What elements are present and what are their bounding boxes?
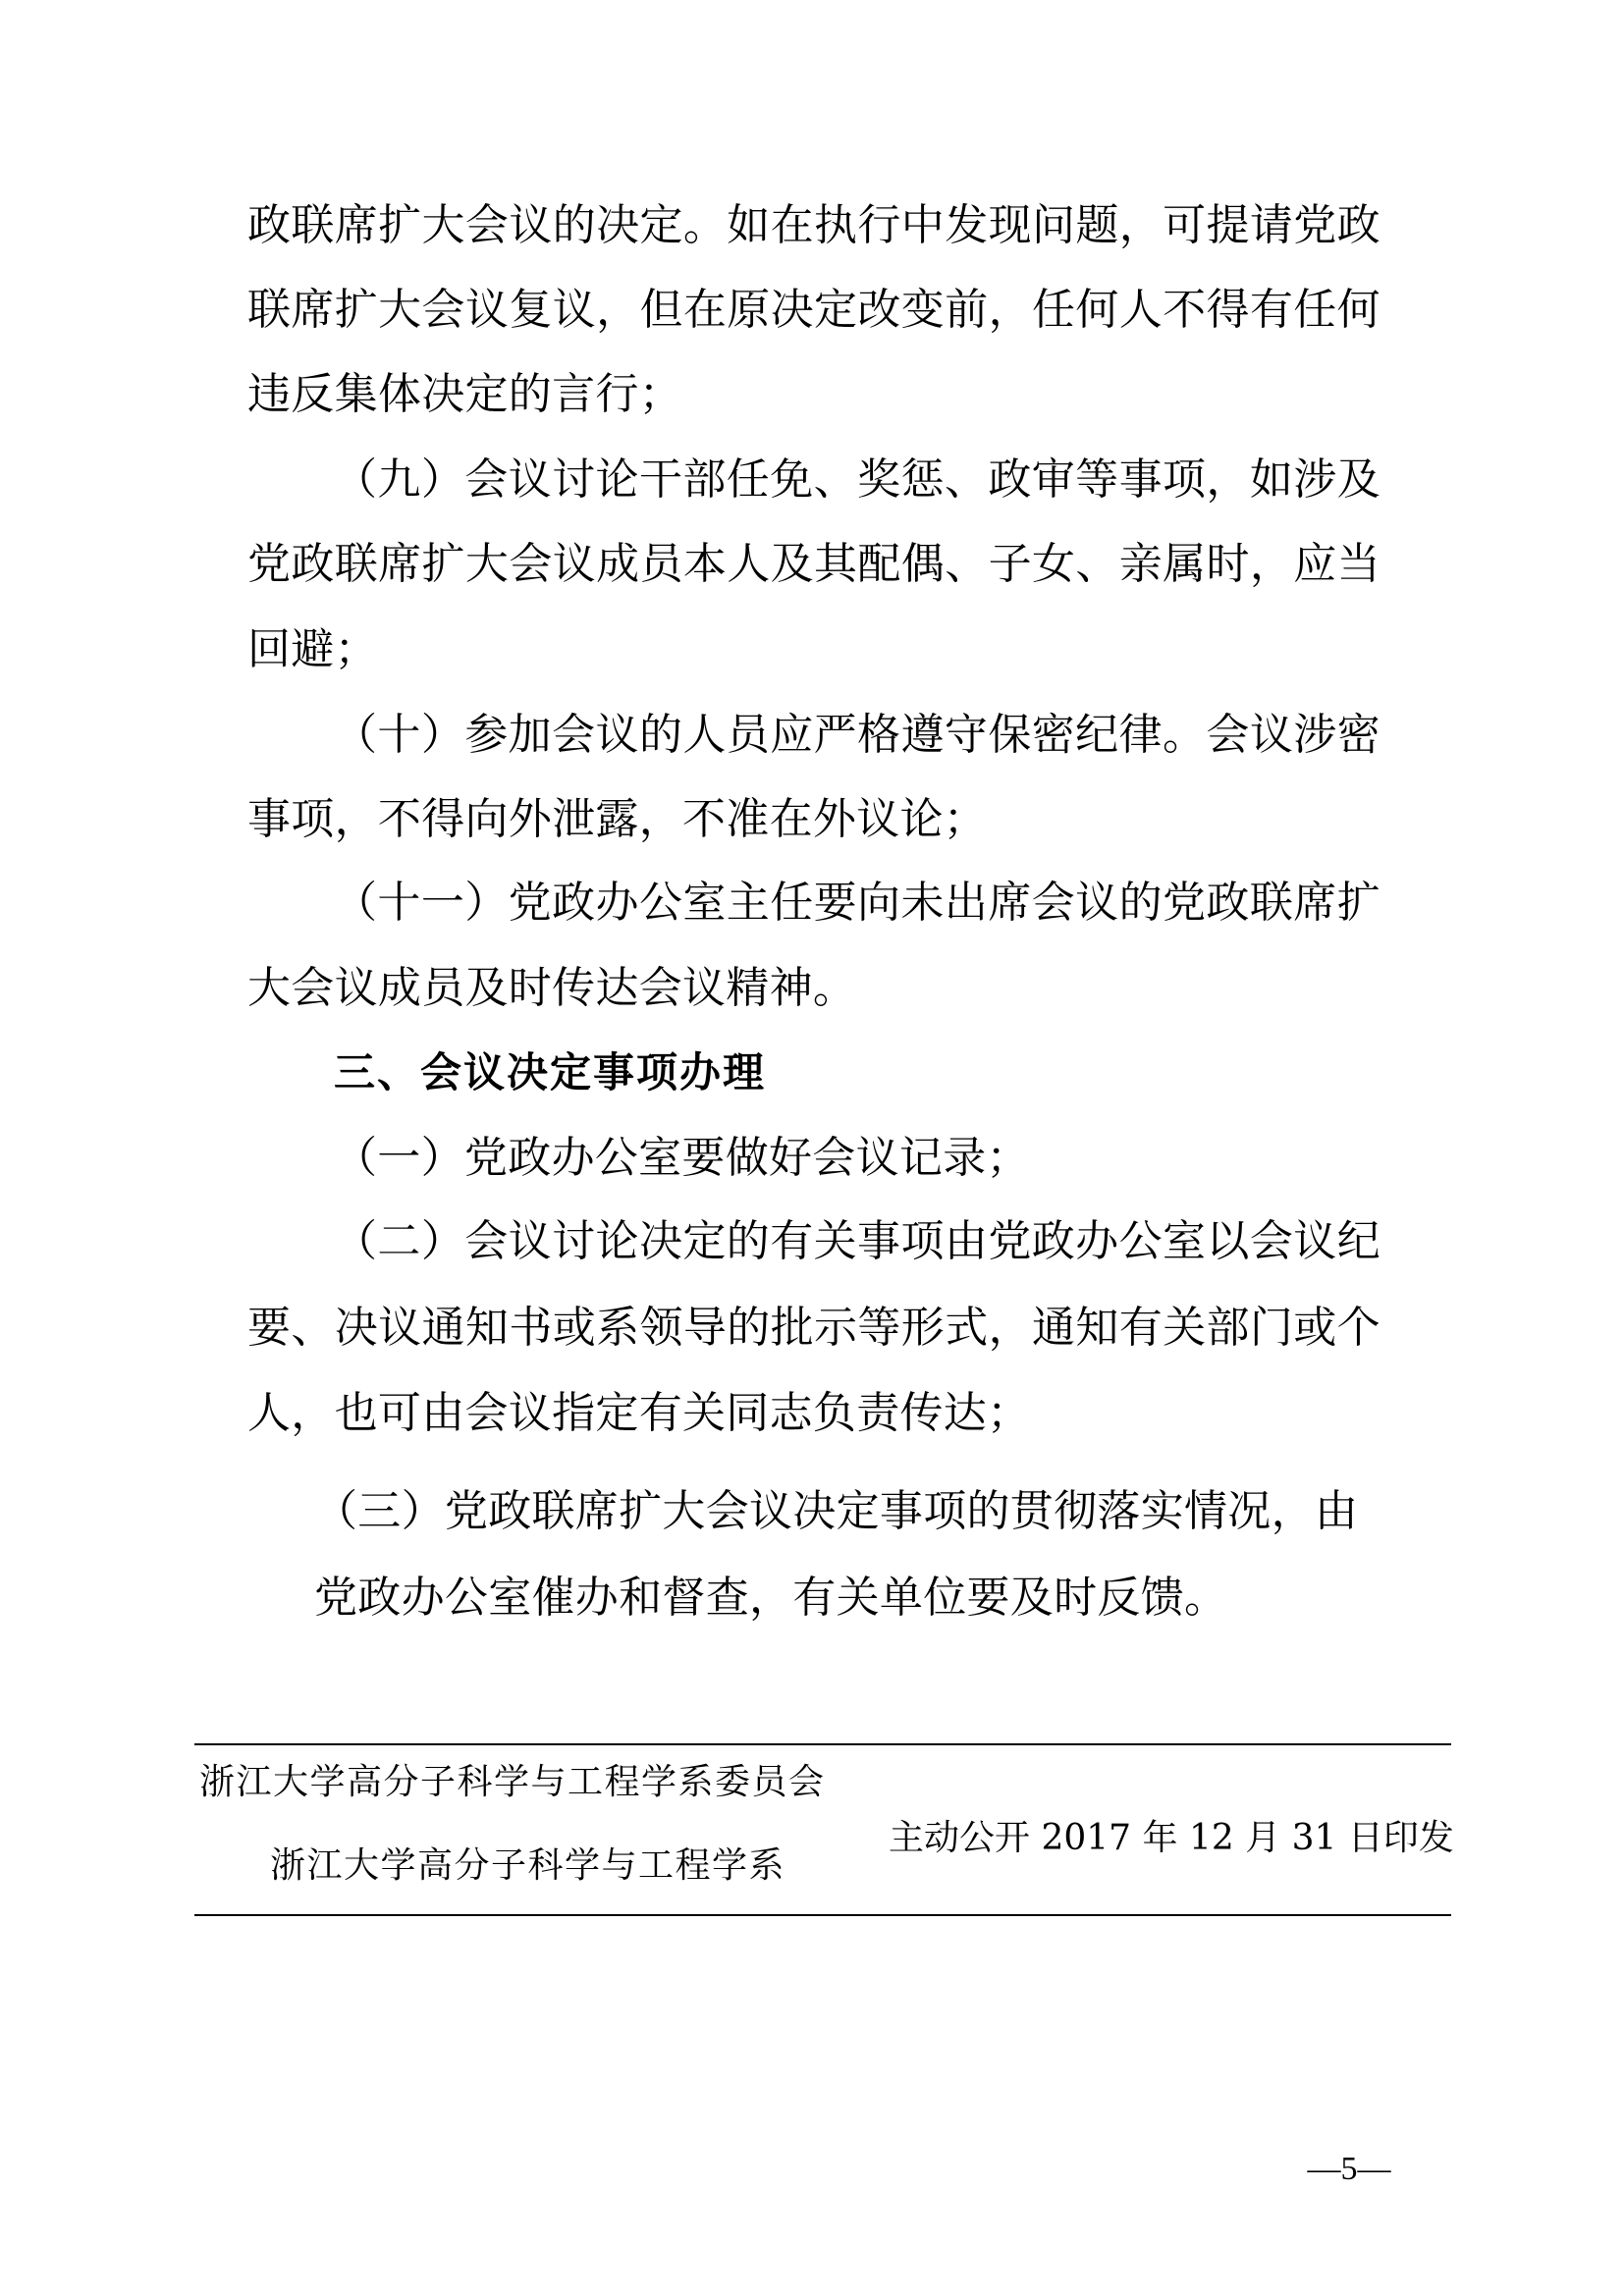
final-paragraph-line-1: （三）党政联席扩大会议决定事项的贯彻落实情况，由 [314, 1490, 1357, 1533]
final-paragraph-line-2: 党政办公室催办和督查，有关单位要及时反馈。 [314, 1576, 1227, 1620]
body-text-line: 违反集体决定的言行； [247, 373, 682, 416]
body-text-line: 联席扩大会议复议，但在原决定改变前，任何人不得有任何 [247, 289, 1380, 332]
body-text-line: （十）参加会议的人员应严格遵守保密纪律。会议涉密 [334, 714, 1380, 757]
body-text-line: 政联席扩大会议的决定。如在执行中发现问题，可提请党政 [247, 204, 1380, 247]
section-three-line: 要、决议通知书或系领导的批示等形式，通知有关部门或个 [247, 1307, 1380, 1350]
body-text-line: 大会议成员及时传达会议精神。 [247, 967, 856, 1010]
section-three-line: （一）党政办公室要做好会议记录； [334, 1137, 1030, 1180]
page-number: —5— [1298, 2152, 1400, 2187]
issuer-party-committee: 浙江大学高分子科学与工程学系委员会 [199, 1764, 826, 1801]
body-text-line: 回避； [247, 628, 378, 671]
issue-date-note: 主动公开 2017 年 12 月 31 日印发 [889, 1819, 1438, 1858]
section-three-line: 人，也可由会议指定有关同志负责传达； [247, 1392, 1030, 1435]
body-text-line: 事项，不得向外泄露，不准在外议论； [247, 798, 987, 841]
body-text-line: 党政联席扩大会议成员本人及其配偶、子女、亲属时，应当 [247, 543, 1380, 586]
document-page: 政联席扩大会议的决定。如在执行中发现问题，可提请党政联席扩大会议复议，但在原决定… [0, 0, 1624, 2296]
body-text-line: （九）会议讨论干部任免、奖惩、政审等事项，如涉及 [334, 458, 1380, 502]
section-three-line: （二）会议讨论决定的有关事项由党政办公室以会议纪 [334, 1220, 1380, 1263]
section-heading: 三、会议决定事项办理 [334, 1051, 766, 1095]
colophon-top-rule [194, 1743, 1451, 1745]
body-text-line: （十一）党政办公室主任要向未出席会议的党政联席扩 [334, 881, 1380, 925]
colophon-bottom-rule [194, 1914, 1451, 1916]
issuer-department: 浙江大学高分子科学与工程学系 [270, 1847, 785, 1885]
